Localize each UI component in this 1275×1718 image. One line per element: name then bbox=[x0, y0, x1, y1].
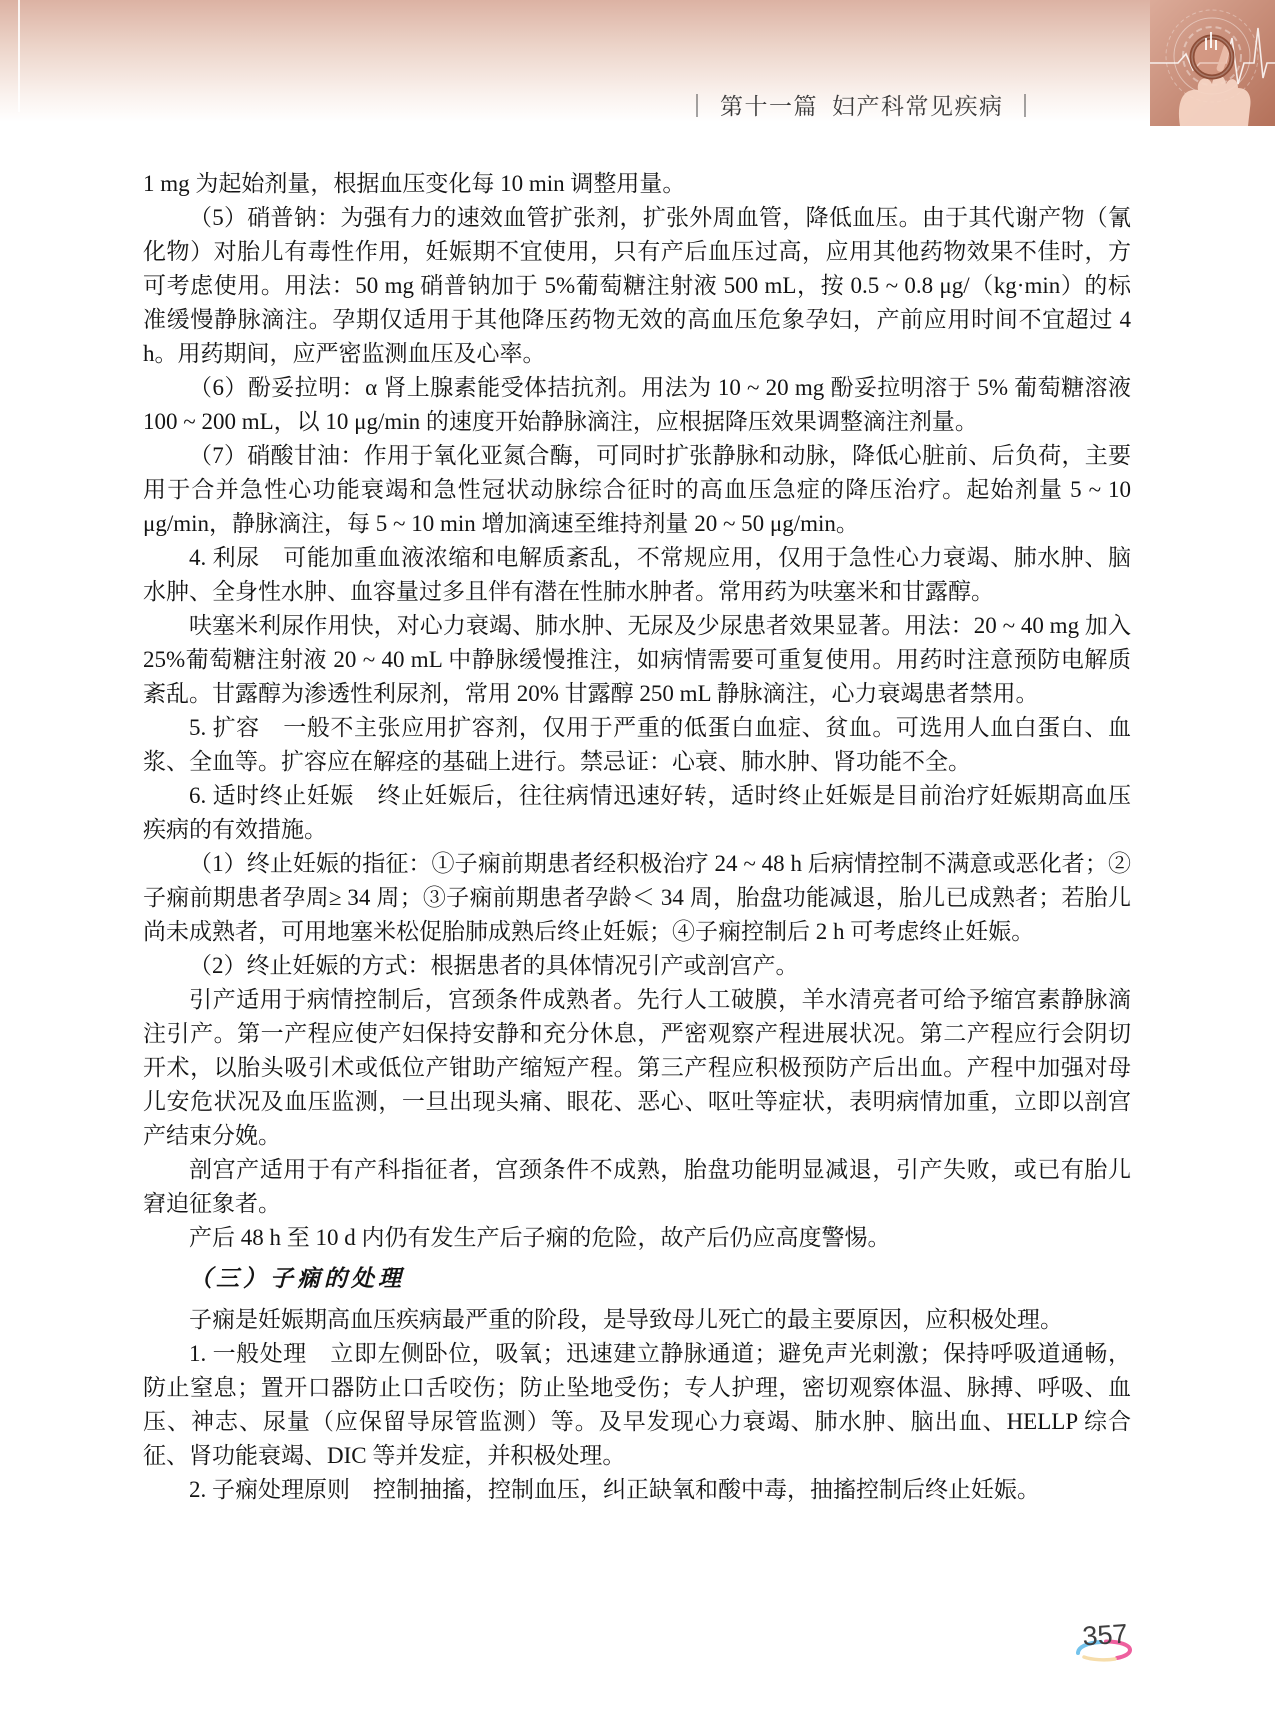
header-hairline bbox=[18, 0, 20, 112]
magnifier-photo-icon bbox=[1150, 0, 1275, 126]
section-heading: （三）子痫的处理 bbox=[143, 1262, 1131, 1296]
paragraph: 呋塞米利尿作用快，对心力衰竭、肺水肿、无尿及少尿患者效果显著。用法：20 ~ 4… bbox=[143, 609, 1131, 711]
paragraph: （1）终止妊娠的指征：①子痫前期患者经积极治疗 24 ~ 48 h 后病情控制不… bbox=[143, 847, 1131, 949]
paragraph: 2. 子痫处理原则 控制抽搐，控制血压，纠正缺氧和酸中毒，抽搐控制后终止妊娠。 bbox=[143, 1473, 1131, 1507]
paragraph: 剖宫产适用于有产科指征者，宫颈条件不成熟，胎盘功能明显减退，引产失败，或已有胎儿… bbox=[143, 1153, 1131, 1221]
book-page: ｜第十一篇妇产科常见疾病｜ bbox=[0, 0, 1275, 1718]
header-band: ｜第十一篇妇产科常见疾病｜ bbox=[0, 0, 1275, 122]
page-body-text: 1 mg 为起始剂量，根据血压变化每 10 min 调整用量。（5）硝普钠：为强… bbox=[143, 167, 1131, 1507]
page-number: 357 bbox=[1080, 1618, 1130, 1652]
page-number-badge: 357 bbox=[1068, 1616, 1140, 1664]
paragraph: （2）终止妊娠的方式：根据患者的具体情况引产或剖宫产。 bbox=[143, 949, 1131, 983]
paragraph: 产后 48 h 至 10 d 内仍有发生产后子痫的危险，故产后仍应高度警惕。 bbox=[143, 1221, 1131, 1255]
header-section-label: 第十一篇 bbox=[720, 93, 818, 119]
paragraph: 4. 利尿 可能加重血液浓缩和电解质紊乱，不常规应用，仅用于急性心力衰竭、肺水肿… bbox=[143, 541, 1131, 609]
header-divider-left: ｜ bbox=[686, 93, 711, 119]
paragraph: 1. 一般处理 立即左侧卧位，吸氧；迅速建立静脉通道；避免声光刺激；保持呼吸道通… bbox=[143, 1337, 1131, 1473]
paragraph: 6. 适时终止妊娠 终止妊娠后，往往病情迅速好转，适时终止妊娠是目前治疗妊娠期高… bbox=[143, 779, 1131, 847]
paragraph: （6）酚妥拉明：α 肾上腺素能受体拮抗剂。用法为 10 ~ 20 mg 酚妥拉明… bbox=[143, 371, 1131, 439]
paragraph: 子痫是妊娠期高血压疾病最严重的阶段，是导致母儿死亡的最主要原因，应积极处理。 bbox=[143, 1303, 1131, 1337]
paragraph: （5）硝普钠：为强有力的速效血管扩张剂，扩张外周血管，降低血压。由于其代谢产物（… bbox=[143, 201, 1131, 371]
paragraph: 5. 扩容 一般不主张应用扩容剂，仅用于严重的低蛋白血症、贫血。可选用人血白蛋白… bbox=[143, 711, 1131, 779]
paragraph: 1 mg 为起始剂量，根据血压变化每 10 min 调整用量。 bbox=[143, 167, 1131, 201]
paragraph: 引产适用于病情控制后，宫颈条件成熟者。先行人工破膜，羊水清亮者可给予缩宫素静脉滴… bbox=[143, 983, 1131, 1153]
running-header: ｜第十一篇妇产科常见疾病｜ bbox=[686, 90, 1039, 122]
paragraph: （7）硝酸甘油：作用于氧化亚氮合酶，可同时扩张静脉和动脉，降低心脏前、后负荷，主… bbox=[143, 439, 1131, 541]
header-chapter-title: 妇产科常见疾病 bbox=[832, 93, 1004, 119]
header-divider-right: ｜ bbox=[1014, 93, 1039, 119]
